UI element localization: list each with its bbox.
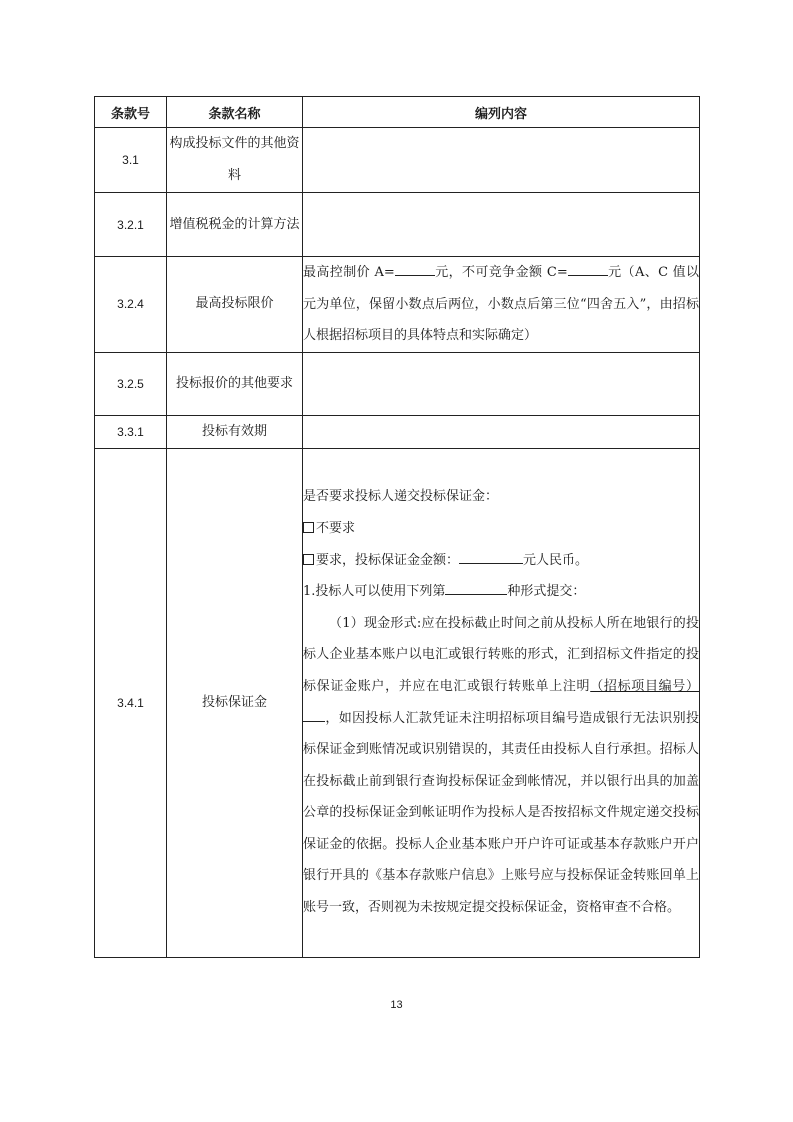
project-number-placeholder: （招标项目编号） [590, 679, 699, 694]
clause-number: 3.4.1 [95, 448, 167, 957]
table-header-row: 条款号 条款名称 编列内容 [95, 97, 700, 128]
cash-text-2: ，如因投标人汇款凭证未注明招标项目编号造成银行无法识别投标保证金到账情况或识别错… [303, 711, 699, 916]
table-row: 3.4.1 投标保证金 是否要求投标人递交投标保证金： 不要求 要求，投标保证金… [95, 448, 700, 957]
clause-name: 投标报价的其他要求 [167, 352, 303, 415]
clause-table: 条款号 条款名称 编列内容 3.1 构成投标文件的其他资料 3.2.1 增值税税… [94, 96, 700, 958]
checkbox-not-required[interactable] [303, 522, 314, 533]
option-not-required-label: 不要求 [316, 521, 355, 536]
clause-name: 增值税税金的计算方法 [167, 193, 303, 257]
clause-name: 最高投标限价 [167, 257, 303, 353]
cash-form-paragraph: （1）现金形式:应在投标截止时间之前从投标人所在地银行的投标人企业基本账户以电汇… [303, 608, 699, 924]
option-not-required: 不要求 [303, 513, 699, 545]
deposit-amount-field[interactable] [459, 549, 523, 564]
clause-name: 投标有效期 [167, 415, 303, 448]
project-number-blank [303, 707, 325, 722]
forms-suffix: 种形式提交： [507, 584, 585, 599]
non-competitive-label: 元，不可竞争金额 C= [435, 265, 568, 280]
header-clause-number: 条款号 [95, 97, 167, 128]
table-row: 3.2.4 最高投标限价 最高控制价 A=元，不可竞争金额 C=元（A、C 值以… [95, 257, 700, 353]
max-price-field[interactable] [395, 261, 435, 276]
clause-number: 3.3.1 [95, 415, 167, 448]
clause-content: 是否要求投标人递交投标保证金： 不要求 要求，投标保证金金额：元人民币。 1.投… [303, 448, 700, 957]
table-row: 3.3.1 投标有效期 [95, 415, 700, 448]
option-required: 要求，投标保证金金额：元人民币。 [303, 545, 699, 577]
non-competitive-field[interactable] [568, 261, 608, 276]
clause-number: 3.2.5 [95, 352, 167, 415]
forms-line: 1.投标人可以使用下列第种形式提交： [303, 576, 699, 608]
deposit-question: 是否要求投标人递交投标保证金： [303, 481, 699, 513]
clause-name: 构成投标文件的其他资料 [167, 128, 303, 193]
option-required-label: 要求，投标保证金金额： [316, 553, 459, 568]
table-row: 3.2.1 增值税税金的计算方法 [95, 193, 700, 257]
page-number: 13 [0, 999, 793, 1011]
clause-content [303, 352, 700, 415]
option-required-suffix: 元人民币。 [523, 553, 588, 568]
forms-prefix: 1.投标人可以使用下列第 [303, 584, 445, 599]
clause-number: 3.2.4 [95, 257, 167, 353]
clause-content [303, 415, 700, 448]
max-price-label: 最高控制价 A= [303, 265, 395, 280]
clause-content [303, 193, 700, 257]
clause-content [303, 128, 700, 193]
table-row: 3.1 构成投标文件的其他资料 [95, 128, 700, 193]
clause-content: 最高控制价 A=元，不可竞争金额 C=元（A、C 值以元为单位，保留小数点后两位… [303, 257, 700, 353]
clause-number: 3.1 [95, 128, 167, 193]
table-row: 3.2.5 投标报价的其他要求 [95, 352, 700, 415]
forms-number-field[interactable] [445, 580, 507, 595]
checkbox-required[interactable] [303, 554, 314, 565]
header-clause-name: 条款名称 [167, 97, 303, 128]
clause-number: 3.2.1 [95, 193, 167, 257]
clause-name: 投标保证金 [167, 448, 303, 957]
header-content: 编列内容 [303, 97, 700, 128]
